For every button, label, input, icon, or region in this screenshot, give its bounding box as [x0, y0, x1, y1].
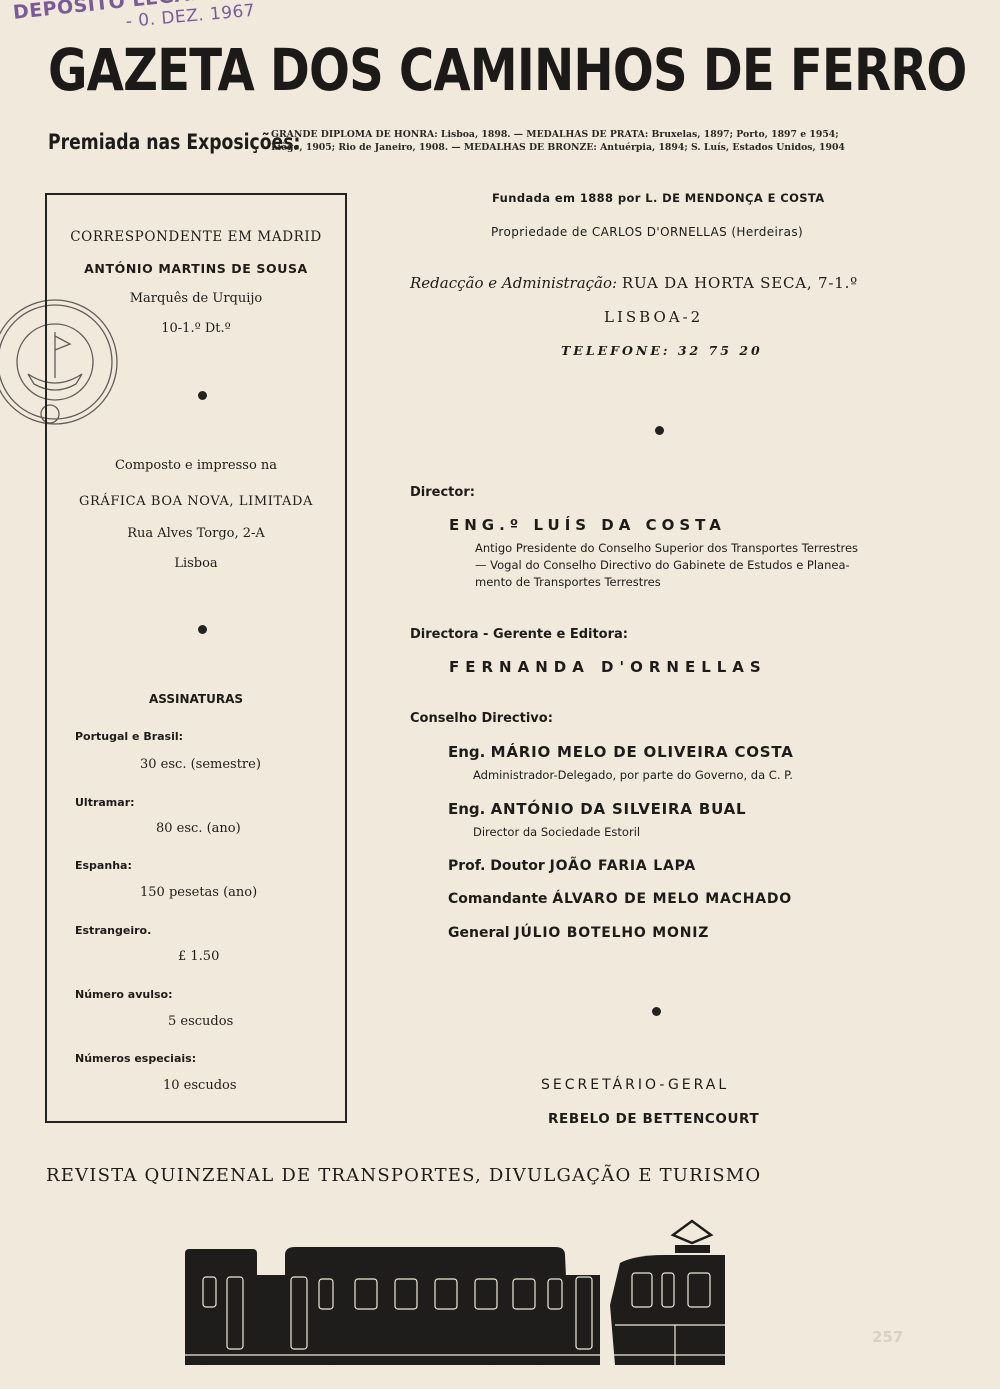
- bullet-dot: [652, 1007, 661, 1016]
- board-member: General JÚLIO BOTELHO MONIZ: [448, 925, 709, 941]
- train-illustration-icon: [185, 1215, 775, 1365]
- board-member-name: ANTÓNIO DA SILVEIRA BUAL: [491, 800, 747, 818]
- board-member-desc: Administrador-Delegado, por parte do Gov…: [473, 768, 793, 782]
- board-member-name: JOÃO FARIA LAPA: [550, 858, 696, 874]
- subscription-label: Números especiais:: [75, 1052, 196, 1065]
- subscription-value: 5 escudos: [168, 1014, 233, 1029]
- subscription-label: Estrangeiro.: [75, 924, 151, 937]
- awards-list: GRANDE DIPLOMA DE HONRA: Lisboa, 1898. —…: [271, 128, 921, 154]
- board-member-name: JÚLIO BOTELHO MONIZ: [514, 925, 709, 941]
- property-line: Propriedade de CARLOS D'ORNELLAS (Herdei…: [491, 225, 803, 239]
- director-name: ENG.º LUÍS DA COSTA: [449, 516, 726, 534]
- address-label: Redacção e Administração:: [410, 274, 617, 292]
- subscription-label: Ultramar:: [75, 796, 135, 809]
- board-label: Conselho Directivo:: [410, 711, 553, 726]
- subscription-label: Espanha:: [75, 859, 132, 872]
- printer-street: Rua Alves Torgo, 2-A: [47, 526, 345, 541]
- board-member-prefix: Comandante: [448, 891, 548, 907]
- printer-city: Lisboa: [47, 556, 345, 571]
- board-member: Prof. Doutor JOÃO FARIA LAPA: [448, 858, 696, 874]
- board-member-name: ÁLVARO DE MELO MACHADO: [552, 891, 792, 907]
- board-member-name: MÁRIO MELO DE OLIVEIRA COSTA: [491, 743, 794, 761]
- board-member-prefix: Eng.: [448, 800, 485, 818]
- bullet-dot: [655, 426, 664, 435]
- subscription-value: £ 1.50: [178, 949, 219, 964]
- correspondent-street: Marquês de Urquijo: [47, 291, 345, 306]
- manager-name: FERNANDA D'ORNELLAS: [449, 658, 767, 676]
- awards-line: GRANDE DIPLOMA DE HONRA: Lisboa, 1898. —…: [271, 128, 921, 141]
- board-member-desc: Director da Sociedade Estoril: [473, 825, 640, 839]
- subscription-label: Portugal e Brasil:: [75, 730, 183, 743]
- address-value: RUA DA HORTA SECA, 7-1.º: [622, 274, 858, 292]
- page-number: 257: [872, 1328, 903, 1346]
- correspondent-title: CORRESPONDENTE EM MADRID: [47, 229, 345, 245]
- board-member: Comandante ÁLVARO DE MELO MACHADO: [448, 891, 792, 907]
- secretary-label: SECRETÁRIO-GERAL: [541, 1077, 729, 1093]
- printer-name: GRÁFICA BOA NOVA, LIMITADA: [47, 494, 345, 509]
- board-member-prefix: General: [448, 925, 510, 941]
- manager-label: Directora - Gerente e Editora:: [410, 627, 628, 642]
- awards-label: Premiada nas Exposições:: [48, 130, 300, 154]
- info-box: CORRESPONDENTE EM MADRID ANTÓNIO MARTINS…: [45, 193, 347, 1123]
- address-line: Redacção e Administração: RUA DA HORTA S…: [410, 274, 858, 292]
- secretary-name: REBELO DE BETTENCOURT: [548, 1111, 759, 1127]
- correspondent-number: 10-1.º Dt.º: [47, 321, 345, 336]
- board-member: Eng. ANTÓNIO DA SILVEIRA BUAL: [448, 800, 746, 818]
- director-desc: mento de Transportes Terrestres: [475, 575, 661, 589]
- bullet-dot: [198, 391, 207, 400]
- director-desc: — Vogal do Conselho Directivo do Gabinet…: [475, 558, 850, 572]
- subscriptions-title: ASSINATURAS: [47, 692, 345, 706]
- subscription-value: 150 pesetas (ano): [140, 885, 257, 900]
- board-member: Eng. MÁRIO MELO DE OLIVEIRA COSTA: [448, 743, 794, 761]
- masthead-title: GAZETA DOS CAMINHOS DE FERRO: [48, 36, 770, 104]
- director-label: Director:: [410, 485, 475, 500]
- printer-intro: Composto e impresso na: [47, 458, 345, 473]
- subscription-value: 80 esc. (ano): [156, 821, 241, 836]
- founded-line: Fundada em 1888 por L. DE MENDONÇA E COS…: [492, 191, 825, 205]
- subscription-value: 10 escudos: [163, 1078, 237, 1093]
- bullet-dot: [198, 625, 207, 634]
- magazine-tagline: REVISTA QUINZENAL DE TRANSPORTES, DIVULG…: [46, 1165, 761, 1186]
- director-desc: Antigo Presidente do Conselho Superior d…: [475, 541, 858, 555]
- board-member-prefix: Prof. Doutor: [448, 858, 545, 874]
- subscription-value: 30 esc. (semestre): [140, 757, 261, 772]
- city: LISBOA-2: [604, 308, 703, 326]
- correspondent-name: ANTÓNIO MARTINS DE SOUSA: [47, 261, 345, 276]
- phone: TELEFONE: 32 75 20: [561, 343, 763, 358]
- subscription-label: Número avulso:: [75, 988, 172, 1001]
- awards-line: Liège, 1905; Rio de Janeiro, 1908. — MED…: [271, 141, 921, 154]
- board-member-prefix: Eng.: [448, 743, 485, 761]
